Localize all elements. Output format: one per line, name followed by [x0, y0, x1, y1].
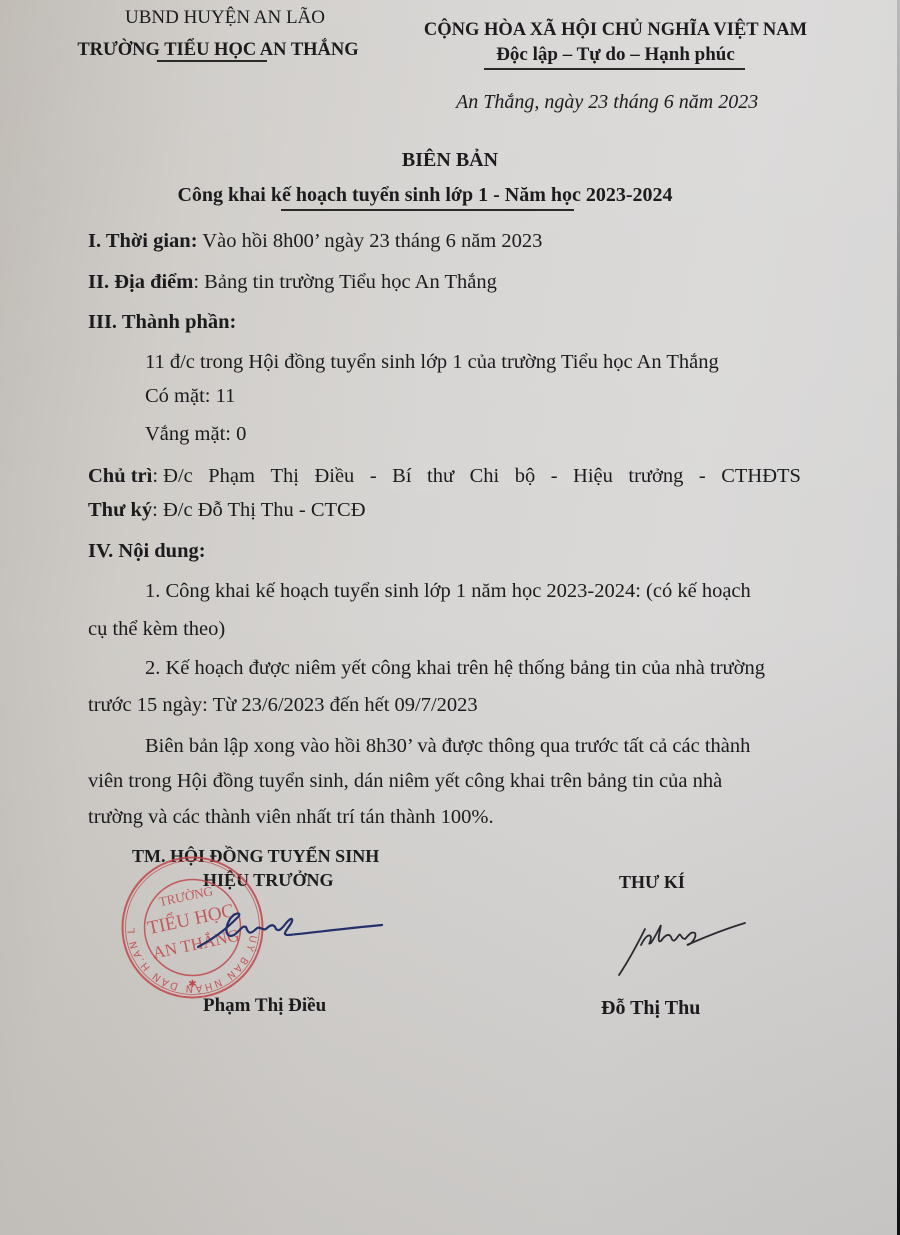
- document-subtitle: Công khai kế hoạch tuyển sinh lớp 1 - Nă…: [0, 184, 875, 207]
- chair-word: Hiệu: [573, 465, 613, 488]
- signatory-role-secretary: THƯ KÍ: [619, 872, 685, 893]
- chair-word: CTHĐTS: [721, 465, 801, 488]
- school-name: TRƯỜNG TIỂU HỌC AN THẮNG: [68, 40, 368, 61]
- chair-word: Thị: [270, 465, 298, 488]
- chair-word: thư: [427, 465, 454, 488]
- closing-line-1: Biên bản lập xong vào hồi 8h30’ và được …: [145, 735, 750, 758]
- national-motto: Độc lập – Tự do – Hạnh phúc: [413, 44, 818, 66]
- chair-word: Bí: [392, 465, 411, 488]
- section-time-value: Vào hồi 8h00’ ngày 23 tháng 6 năm 2023: [198, 230, 543, 252]
- chair-word: -: [370, 465, 377, 488]
- school-name-underline: [157, 60, 267, 62]
- national-title: CỘNG HÒA XÃ HỘI CHỦ NGHĨA VIỆT NAM: [413, 20, 818, 41]
- subtitle-underline: [281, 209, 574, 211]
- section-time: I. Thời gian: Vào hồi 8h00’ ngày 23 thán…: [88, 230, 542, 253]
- content-item-2-line-1: 2. Kế hoạch được niêm yết công khai trên…: [145, 657, 765, 680]
- chair-word: : Đ/c: [152, 465, 192, 487]
- chair-line: Chủ trì: Đ/c PhạmThịĐiều-BíthưChibộ-Hiệu…: [88, 465, 801, 488]
- closing-line-3: trường và các thành viên nhất trí tán th…: [88, 806, 494, 829]
- section-place-label: II. Địa điểm: [88, 271, 193, 293]
- section-participants-label: III. Thành phần:: [88, 311, 236, 334]
- section-secretary: Thư ký: Đ/c Đỗ Thị Thu - CTCĐ: [88, 499, 366, 522]
- section-time-label: I. Thời gian:: [88, 230, 198, 252]
- content-item-2-line-2: trước 15 ngày: Từ 23/6/2023 đến hết 09/7…: [88, 694, 478, 717]
- chair-word: bộ: [515, 465, 536, 488]
- chair-word: trưởng: [628, 465, 683, 488]
- secretary-name: Đỗ Thị Thu: [601, 997, 700, 1020]
- principal-name: Phạm Thị Điều: [203, 995, 326, 1017]
- chair-word: Điều: [314, 465, 354, 488]
- principal-signature: [190, 905, 390, 955]
- chair-word: -: [699, 465, 706, 488]
- participants-present: Có mặt: 11: [145, 385, 235, 408]
- document-title: BIÊN BẢN: [0, 149, 900, 172]
- content-item-1-line-1: 1. Công khai kế hoạch tuyển sinh lớp 1 n…: [145, 580, 751, 603]
- secretary-value: : Đ/c Đỗ Thị Thu - CTCĐ: [152, 499, 365, 521]
- closing-line-2: viên trong Hội đồng tuyển sinh, dán niêm…: [88, 770, 722, 793]
- participants-members: 11 đ/c trong Hội đồng tuyển sinh lớp 1 c…: [145, 351, 719, 374]
- chair-first: Chủ trì: Đ/c: [88, 465, 193, 488]
- secretary-signature: [615, 915, 750, 980]
- participants-absent: Vắng mặt: 0: [145, 423, 246, 446]
- section-content-label: IV. Nội dung:: [88, 540, 206, 563]
- section-chair: Chủ trì: Đ/c PhạmThịĐiều-BíthưChibộ-Hiệu…: [88, 465, 801, 488]
- section-place-value: : Bảng tin trường Tiểu học An Thắng: [193, 271, 496, 293]
- parent-organization: UBND HUYỆN AN LÃO: [110, 7, 340, 29]
- motto-underline: [484, 68, 745, 70]
- place-date: An Thắng, ngày 23 tháng 6 năm 2023: [456, 91, 758, 114]
- stamp-star-icon: ✱: [188, 979, 196, 990]
- chair-word: Phạm: [208, 465, 255, 488]
- chair-word: -: [551, 465, 558, 488]
- secretary-label: Thư ký: [88, 499, 152, 521]
- section-place: II. Địa điểm: Bảng tin trường Tiểu học A…: [88, 271, 497, 294]
- chair-word: Chi: [470, 465, 500, 488]
- chair-label: Chủ trì: [88, 465, 152, 487]
- content-item-1-line-2: cụ thể kèm theo): [88, 618, 225, 641]
